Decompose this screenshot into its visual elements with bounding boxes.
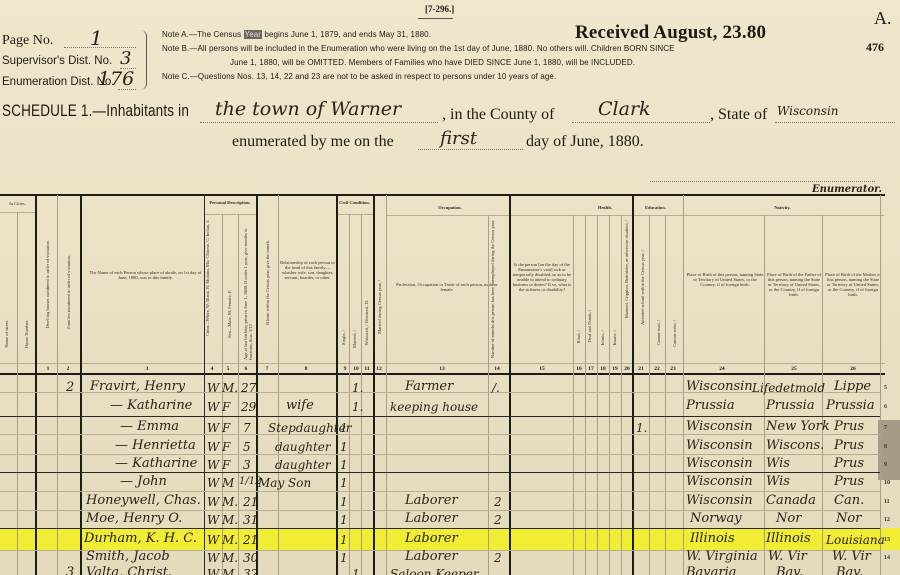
row15-color: W xyxy=(207,567,219,575)
header-blind: Blind, / xyxy=(576,330,581,344)
col-num-25: 25 xyxy=(787,366,801,372)
row6-occupation: keeping house xyxy=(390,400,478,414)
row10-mother-birthplace: Prus xyxy=(834,474,864,489)
rule xyxy=(35,195,37,575)
line-number: 12 xyxy=(884,517,890,523)
row12-unemployed: 2 xyxy=(494,513,502,527)
row11-name: Honeywell, Chas. xyxy=(86,493,201,508)
header-bottom-border xyxy=(0,373,885,375)
row-rule xyxy=(0,491,880,492)
row10-color: W xyxy=(207,476,219,490)
rule xyxy=(683,195,684,575)
header-street: Name of street. xyxy=(4,320,9,348)
rule xyxy=(632,195,634,575)
rule xyxy=(609,215,610,575)
row12-birthplace: Norway xyxy=(690,511,742,526)
row8-name: — Henrietta xyxy=(115,438,196,453)
col-num-3: 3 xyxy=(140,366,154,372)
row13-age: 21 xyxy=(243,533,258,547)
row11-single: 1 xyxy=(340,495,348,509)
row5-occupation: Farmer xyxy=(405,379,453,394)
place-value: the town of Warner xyxy=(215,98,401,120)
note-a-text-end: begins June 1, 1879, and ends May 31, 18… xyxy=(262,30,431,39)
received-stamp: Received August, 23.80 xyxy=(575,22,766,44)
row12-color: W xyxy=(207,513,219,527)
rule xyxy=(597,215,598,575)
rule xyxy=(386,195,387,575)
row5-color: W xyxy=(207,381,219,395)
row6-sex: F xyxy=(222,400,230,414)
row8-relation: daughter xyxy=(275,440,331,454)
series-letter: A. xyxy=(874,8,892,29)
state-value: Wisconsin xyxy=(777,104,839,118)
header-relationship: Relationship of each person to the head … xyxy=(280,260,335,280)
row-rule xyxy=(0,434,880,435)
row8-color: W xyxy=(207,440,219,454)
row12-single: 1 xyxy=(340,513,348,527)
row12-sex: M. xyxy=(222,513,238,527)
header-widowed: Widowed, / Divorced, D. xyxy=(364,300,369,345)
col-num-14: 14 xyxy=(490,366,504,372)
county-line xyxy=(572,122,710,123)
header-father-birthplace: Place of Birth of the Father of this per… xyxy=(766,272,822,297)
group-civil-condition: Civil Condition. xyxy=(337,200,372,205)
row9-birthplace: Wisconsin xyxy=(686,456,753,471)
note-a-text: Note A.—The Census xyxy=(162,30,244,39)
row15-family: 3 xyxy=(66,565,74,575)
row15-age: 32 xyxy=(243,567,258,575)
line-number: 9 xyxy=(884,462,887,468)
row7-birthplace: Wisconsin xyxy=(686,419,753,434)
row6-color: W xyxy=(207,400,219,414)
row7-sex: F xyxy=(222,421,230,435)
row13-birthplace: Illinois xyxy=(690,531,735,546)
page-no-label: Page No. xyxy=(2,33,53,49)
personal-divider xyxy=(205,214,257,215)
header-single: Single, / xyxy=(341,330,346,345)
header-maimed: Maimed, Crippled, Bedridden, or otherwis… xyxy=(624,220,629,318)
rule xyxy=(57,195,58,575)
group-in-cities: In Cities. xyxy=(0,201,35,206)
family-rule xyxy=(0,416,880,417)
line-number: 14 xyxy=(884,555,890,561)
row6-mother-birthplace: Prussia xyxy=(826,398,875,413)
row5-father-birthplace: Lifedetmold xyxy=(752,381,825,395)
supervisor-dist-value: 3 xyxy=(120,48,131,69)
rule xyxy=(649,215,650,575)
col-num-17: 17 xyxy=(586,366,596,372)
header-bracket xyxy=(140,30,147,90)
header-house-number: House Number. xyxy=(24,320,29,348)
row14-color: W xyxy=(207,551,219,565)
group-occupation: Occupation. xyxy=(390,205,510,210)
row12-occupation: Laborer xyxy=(405,511,458,526)
row7-school: 1. xyxy=(636,421,647,435)
header-sickness: Is the person [on the day of the Enumera… xyxy=(512,262,572,292)
row14-sex: M. xyxy=(222,551,238,565)
row9-color: W xyxy=(207,458,219,472)
col-num-24: 24 xyxy=(715,366,729,372)
row13-mother-birthplace: Louisiana xyxy=(826,533,885,547)
enumeration-dist-value: 176 xyxy=(98,68,134,90)
rule xyxy=(204,195,205,575)
row13-occupation: Laborer xyxy=(405,531,458,546)
col-num-13: 13 xyxy=(435,366,449,372)
sheet-number: 476 xyxy=(866,40,884,55)
rule xyxy=(336,195,338,575)
rule xyxy=(80,195,82,575)
row6-name: — Katharine xyxy=(110,398,192,413)
row8-sex: F xyxy=(222,440,230,454)
row9-sex: F xyxy=(222,458,230,472)
row14-age: 30 xyxy=(243,551,258,565)
row8-father-birthplace: Wiscons. xyxy=(766,438,824,453)
note-c: Note C.—Questions Nos. 13, 14, 22 and 23… xyxy=(162,72,556,81)
row14-mother-birthplace: W. Vir xyxy=(832,549,871,564)
row8-mother-birthplace: Prus xyxy=(834,438,864,453)
rule xyxy=(238,214,239,575)
rule xyxy=(488,215,489,575)
row6-age: 29 xyxy=(241,400,256,414)
row6-father-birthplace: Prussia xyxy=(766,398,815,413)
supervisor-dist-label: Supervisor's Dist. No. xyxy=(2,55,112,67)
row15-married: 1 xyxy=(352,567,360,575)
row9-name: — Katharine xyxy=(115,456,197,471)
rule xyxy=(880,195,881,575)
row12-age: 31 xyxy=(243,513,258,527)
line-number: 11 xyxy=(884,499,890,505)
rule xyxy=(349,214,350,575)
row10-single: 1 xyxy=(340,476,348,490)
row5-name: Fravirt, Henry xyxy=(90,379,185,394)
county-label: , in the County of xyxy=(442,106,554,124)
row15-sex: M. xyxy=(222,567,238,575)
row15-name: Valta, Christ. xyxy=(86,565,172,575)
row13-single: 1 xyxy=(340,533,348,547)
rule xyxy=(764,215,765,575)
form-number: [7-296.] xyxy=(425,4,454,14)
row10-name: — John xyxy=(120,474,167,489)
col-num-18: 18 xyxy=(598,366,608,372)
row-rule xyxy=(0,454,880,455)
header-cannot-read: Cannot read, / xyxy=(656,320,661,345)
header-married: Married, / xyxy=(352,330,357,348)
scan-shadow xyxy=(878,420,900,480)
col-num-15: 15 xyxy=(535,366,549,372)
row10-father-birthplace: Wis xyxy=(766,474,790,489)
header-dwelling: Dwelling houses numbered in order of vis… xyxy=(45,240,50,328)
county-value: Clark xyxy=(598,98,651,120)
line-number: 13 xyxy=(884,537,890,543)
row8-birthplace: Wisconsin xyxy=(686,438,753,453)
table-top-border xyxy=(0,194,885,196)
col-num-7: 7 xyxy=(261,366,273,372)
col-num-5: 5 xyxy=(222,366,234,372)
row7-name: — Emma xyxy=(120,419,179,434)
family-rule xyxy=(0,528,880,529)
col-num-1: 1 xyxy=(41,366,55,372)
row8-single: 1 xyxy=(340,440,348,454)
rule xyxy=(573,215,574,575)
page-no-value: 1 xyxy=(90,26,103,50)
row13-father-birthplace: Illinois xyxy=(766,531,811,546)
row10-birthplace: Wisconsin xyxy=(686,474,753,489)
rule xyxy=(822,215,823,575)
row9-relation: daughter xyxy=(275,458,331,472)
col-num-16: 16 xyxy=(574,366,584,372)
col-num-4: 4 xyxy=(206,366,218,372)
row15-mother-birthplace: Bav. xyxy=(836,565,863,575)
row7-color: W xyxy=(207,421,219,435)
row9-age: 3 xyxy=(243,458,251,472)
state-line xyxy=(775,122,895,123)
col-num-2: 2 xyxy=(61,366,75,372)
header-age: Age at last birthday prior to June 1, 18… xyxy=(243,220,253,360)
col-num-26: 26 xyxy=(846,366,860,372)
row14-occupation: Laborer xyxy=(405,549,458,564)
line-number: 5 xyxy=(884,385,887,391)
header-color: Color—White, W; Black, B; Mulatto, Mu; C… xyxy=(205,220,215,336)
row9-father-birthplace: Wis xyxy=(766,456,790,471)
row5-birthplace: Wisconsin xyxy=(686,379,753,394)
col-num-21: 21 xyxy=(636,366,646,372)
row13-sex: M. xyxy=(222,533,238,547)
row5-sex: M. xyxy=(222,381,238,395)
row11-father-birthplace: Canada xyxy=(766,493,816,508)
form-number-underline xyxy=(418,18,453,19)
rule xyxy=(17,212,18,575)
rule xyxy=(621,215,622,575)
note-a-year: Year xyxy=(244,30,263,39)
note-b-line1: Note B.—All persons will be included in … xyxy=(162,44,675,53)
col-num-10: 10 xyxy=(351,366,361,372)
header-family: Families numbered in order of visitation… xyxy=(66,255,71,329)
row12-mother-birthplace: Nor xyxy=(836,511,861,526)
row12-father-birthplace: Nor xyxy=(776,511,801,526)
row14-unemployed: 2 xyxy=(494,551,502,565)
row11-mother-birthplace: Can. xyxy=(834,493,864,508)
row11-birthplace: Wisconsin xyxy=(686,493,753,508)
header-birth-month: If born within the Census year, give the… xyxy=(265,240,270,325)
row7-father-birthplace: New York xyxy=(766,419,830,434)
group-divider-right xyxy=(387,215,884,216)
row14-birthplace: W. Virginia xyxy=(686,549,758,564)
note-b-line2: June 1, 1880, will be OMITTED. Members o… xyxy=(230,58,635,67)
header-married-census-year: Married during Census year, / xyxy=(377,280,382,334)
note-a: Note A.—The Census Year begins June 1, 1… xyxy=(162,30,431,39)
rule xyxy=(585,215,586,575)
row9-single: 1 xyxy=(340,458,348,472)
header-deaf-dumb: Deaf and Dumb, / xyxy=(587,310,592,342)
group-personal-description: Personal Description. xyxy=(205,200,255,205)
header-attended-school: Attended school within the Census year, … xyxy=(640,250,645,325)
header-mother-birthplace: Place of Birth of the Mother of this per… xyxy=(825,272,881,297)
rule xyxy=(373,195,375,575)
state-label: , State of xyxy=(710,106,767,124)
header-months-unemployed: Number of months this person has been un… xyxy=(490,220,500,358)
row5-age: 27 xyxy=(241,381,256,395)
enumerator-line xyxy=(650,181,875,182)
line-number: 7 xyxy=(884,425,887,431)
family-rule xyxy=(0,472,880,473)
rule xyxy=(509,195,511,575)
row7-mother-birthplace: Prus xyxy=(834,419,864,434)
row7-age: 7 xyxy=(243,421,251,435)
row15-father-birthplace: Bav. xyxy=(776,565,803,575)
row5-family: 2 xyxy=(66,380,74,395)
row14-father-birthplace: W. Vir xyxy=(768,549,807,564)
row8-age: 5 xyxy=(243,440,251,454)
schedule-title: SCHEDULE 1.—Inhabitants in xyxy=(2,102,189,121)
header-insane: Insane, / xyxy=(612,330,617,345)
header-cannot-write: Cannot write, / xyxy=(672,320,677,347)
row11-age: 21 xyxy=(243,495,258,509)
row11-occupation: Laborer xyxy=(405,493,458,508)
row14-single: 1 xyxy=(340,551,348,565)
row6-birthplace: Prussia xyxy=(686,398,735,413)
enumerated-label: enumerated by me on the xyxy=(232,133,394,151)
group-nativity: Nativity. xyxy=(685,205,880,210)
civil-divider xyxy=(337,214,373,215)
header-idiotic: Idiotic, / xyxy=(600,330,605,345)
header-sex: Sex—Male, M; Female, F. xyxy=(227,290,232,338)
line-number: 10 xyxy=(884,480,890,486)
row13-name: Durham, K. H. C. xyxy=(84,531,197,546)
row10-relation: Son xyxy=(288,476,311,490)
line-number: 6 xyxy=(884,404,887,410)
rule xyxy=(278,195,279,575)
column-number-divider xyxy=(0,363,885,364)
col-num-6: 6 xyxy=(240,366,252,372)
date-suffix: day of June, 1880. xyxy=(526,133,644,151)
col-num-19: 19 xyxy=(610,366,620,372)
row7-single: 1 xyxy=(340,421,348,435)
row5-mother-birthplace: Lippe xyxy=(834,379,871,394)
row15-occupation: Saloon Keeper xyxy=(390,567,479,575)
row5-unemployed: /. xyxy=(492,381,500,395)
row9-mother-birthplace: Prus xyxy=(834,456,864,471)
col-num-11: 11 xyxy=(362,366,372,372)
place-line xyxy=(200,122,438,123)
row10-sex: M xyxy=(222,476,234,490)
row12-name: Moe, Henry O. xyxy=(86,511,182,526)
header-birthplace: Place of Birth of this person, naming St… xyxy=(686,272,764,287)
col-num-20: 20 xyxy=(622,366,632,372)
header-occupation: Profession, Occupation or Trade of each … xyxy=(392,282,502,292)
day-line xyxy=(418,149,523,150)
col-num-22: 22 xyxy=(652,366,662,372)
row7-relation: Stepdaughter xyxy=(268,421,351,435)
row11-unemployed: 2 xyxy=(494,495,502,509)
row5-married: 1. xyxy=(352,381,363,395)
row13-color: W xyxy=(207,533,219,547)
row11-color: W xyxy=(207,495,219,509)
col-num-8: 8 xyxy=(300,366,312,372)
col-num-23: 23 xyxy=(668,366,678,372)
row15-birthplace: Bavaria xyxy=(686,565,737,575)
row10-birth-month: May xyxy=(258,476,284,490)
row11-sex: M. xyxy=(222,495,238,509)
header-name: The Name of each Person whose place of a… xyxy=(88,270,203,280)
group-education: Education. xyxy=(633,205,678,210)
row6-relation: wife xyxy=(286,398,314,413)
col-num-12: 12 xyxy=(374,366,384,372)
rule xyxy=(665,215,666,575)
day-value: first xyxy=(440,128,477,149)
row14-name: Smith, Jacob xyxy=(86,549,170,564)
line-number: 8 xyxy=(884,444,887,450)
row6-married: 1. xyxy=(352,400,363,414)
